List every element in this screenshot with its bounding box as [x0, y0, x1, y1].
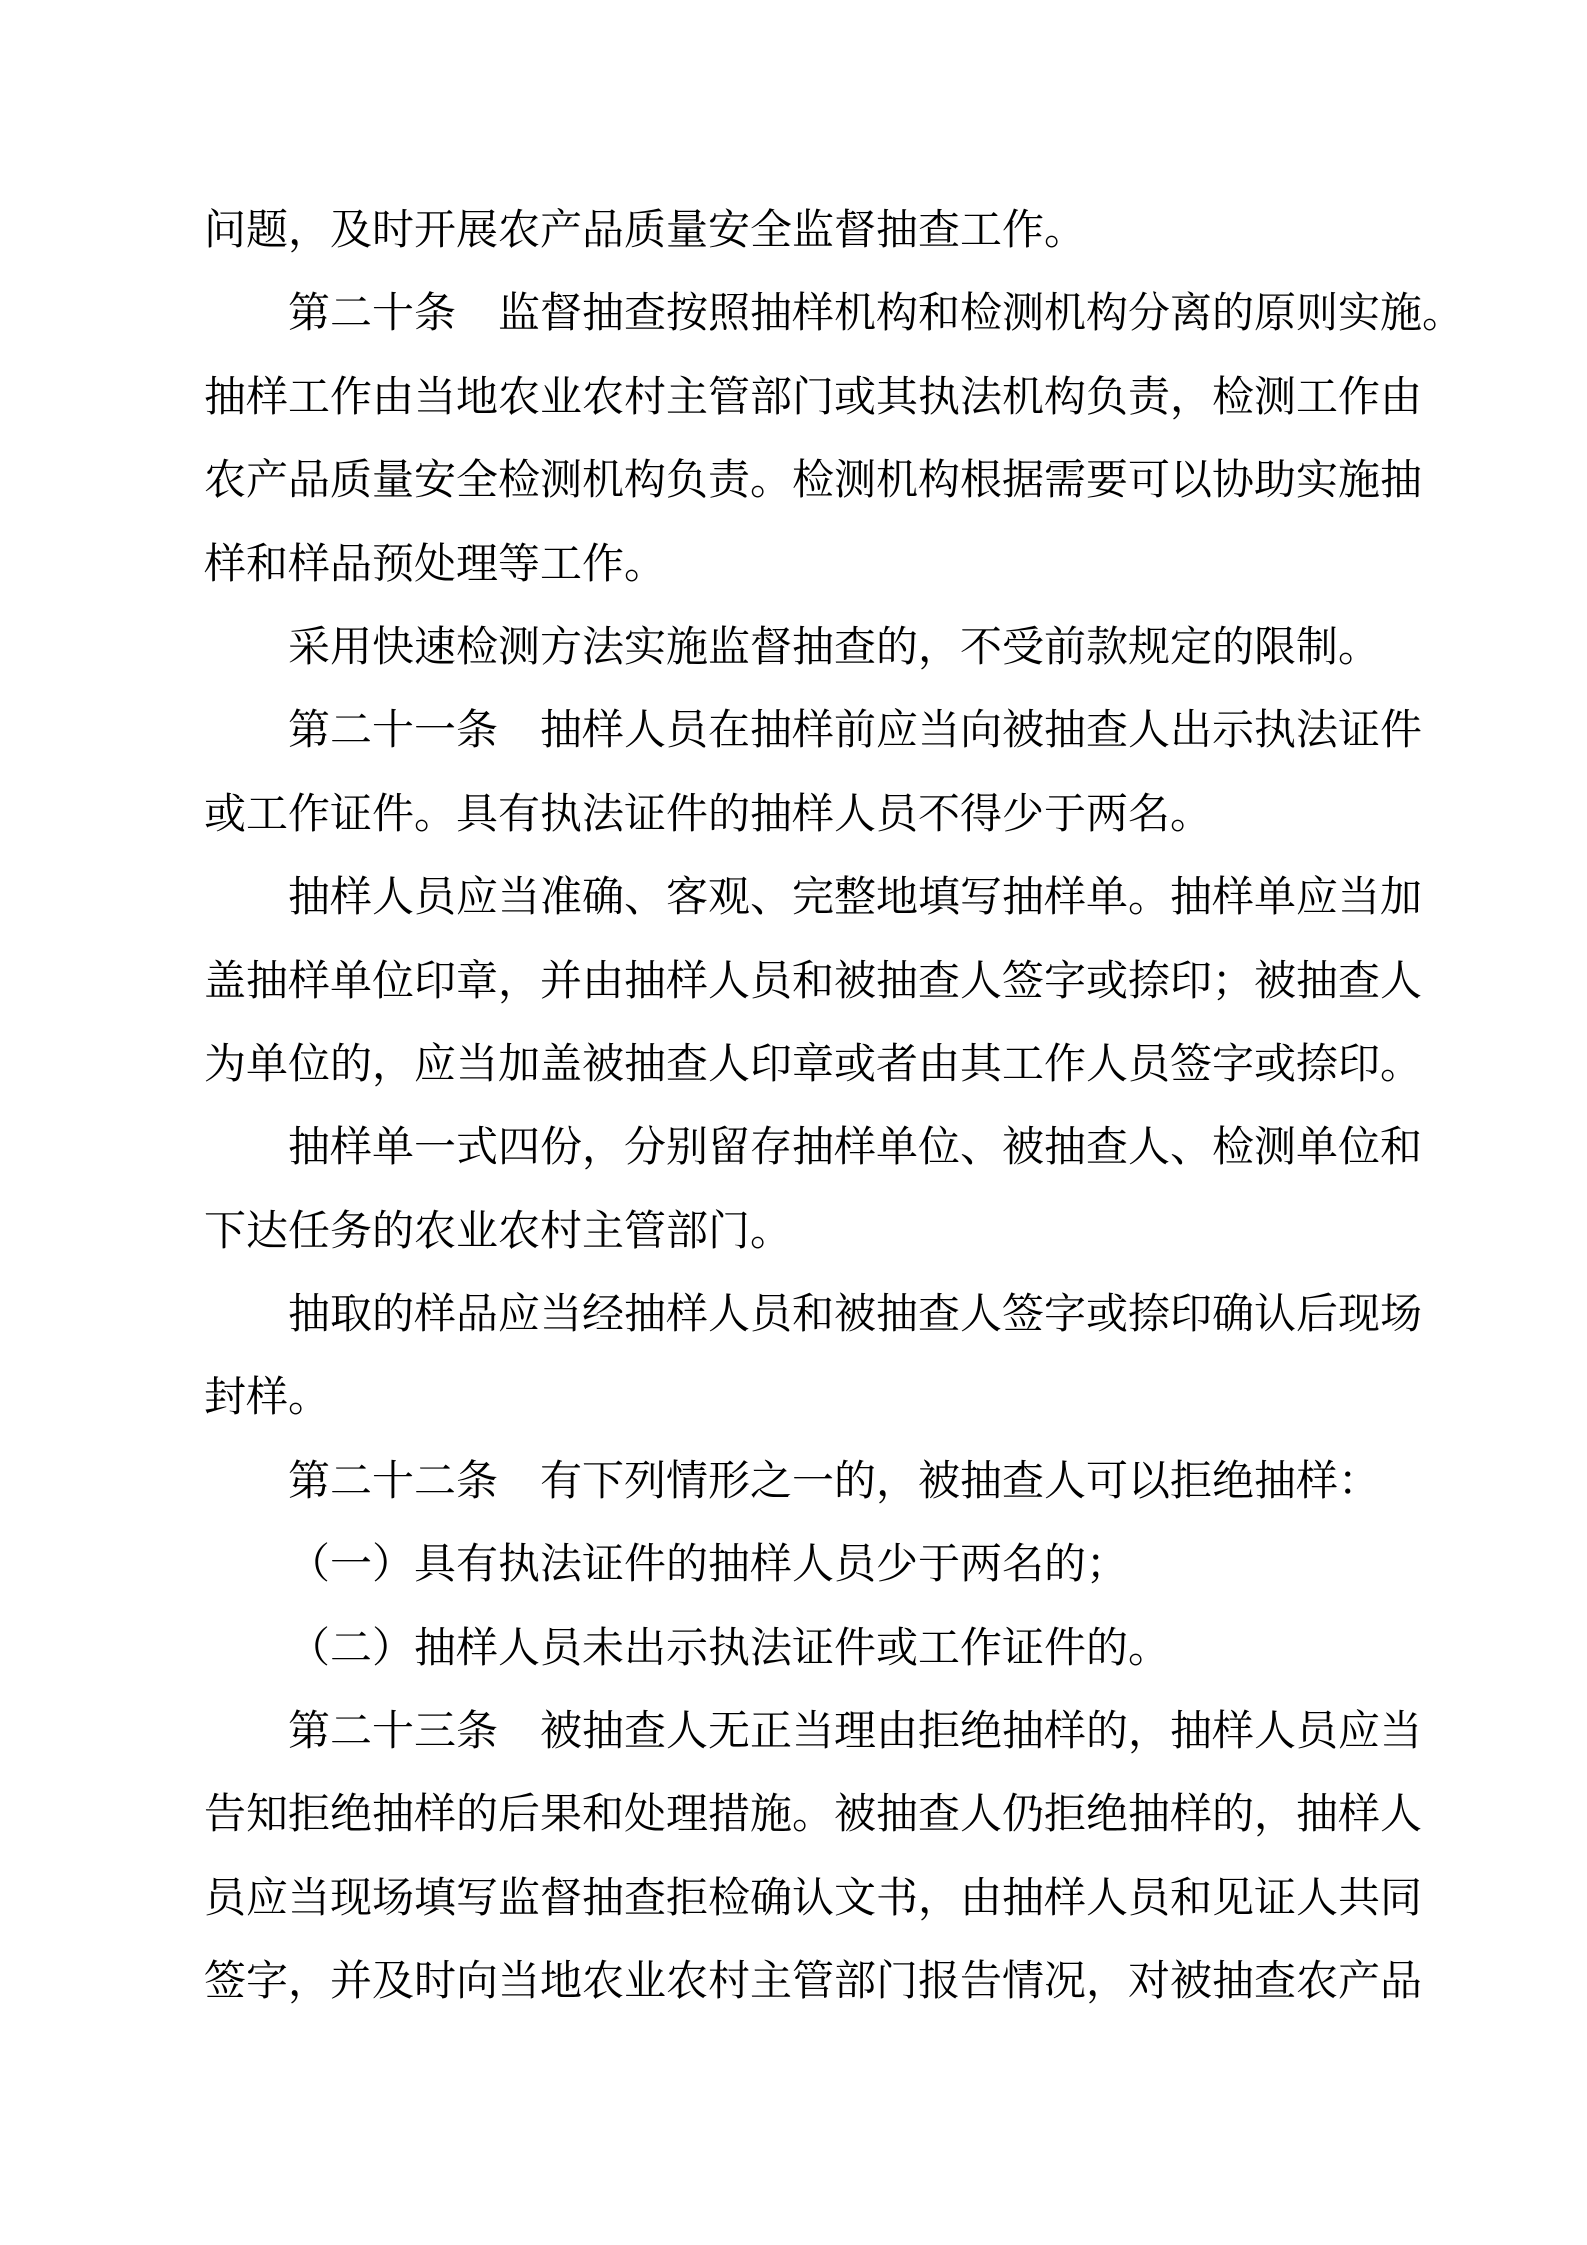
text-line: 第二十二条 有下列情形之一的，被抽查人可以拒绝抽样：	[204, 1441, 1464, 1524]
text-line: （二）抽样人员未出示执法证件或工作证件的。	[204, 1608, 1464, 1691]
paragraph: 第二十条 监督抽查按照抽样机构和检测机构分离的原则实施。抽样工作由当地农业农村主…	[204, 273, 1464, 607]
text-line: 下达任务的农业农村主管部门。	[204, 1191, 1464, 1274]
paragraph: 抽样人员应当准确、客观、完整地填写抽样单。抽样单应当加盖抽样单位印章，并由抽样人…	[204, 857, 1464, 1107]
text-line: 抽取的样品应当经抽样人员和被抽查人签字或捺印确认后现场	[204, 1274, 1464, 1357]
text-line: 样和样品预处理等工作。	[204, 524, 1464, 607]
text-line: 第二十条 监督抽查按照抽样机构和检测机构分离的原则实施。	[204, 273, 1464, 356]
text-line: 农产品质量安全检测机构负责。检测机构根据需要可以协助实施抽	[204, 440, 1464, 523]
text-line: 为单位的，应当加盖被抽查人印章或者由其工作人员签字或捺印。	[204, 1024, 1464, 1107]
paragraph: （二）抽样人员未出示执法证件或工作证件的。	[204, 1608, 1464, 1691]
paragraph: 抽样单一式四份，分别留存抽样单位、被抽查人、检测单位和下达任务的农业农村主管部门…	[204, 1107, 1464, 1274]
text-line: 采用快速检测方法实施监督抽查的，不受前款规定的限制。	[204, 607, 1464, 690]
paragraph: 第二十三条 被抽查人无正当理由拒绝抽样的，抽样人员应当告知拒绝抽样的后果和处理措…	[204, 1691, 1464, 2025]
paragraph: 采用快速检测方法实施监督抽查的，不受前款规定的限制。	[204, 607, 1464, 690]
paragraph: 第二十一条 抽样人员在抽样前应当向被抽查人出示执法证件或工作证件。具有执法证件的…	[204, 690, 1464, 857]
text-line: 告知拒绝抽样的后果和处理措施。被抽查人仍拒绝抽样的，抽样人	[204, 1774, 1464, 1857]
paragraph: 第二十二条 有下列情形之一的，被抽查人可以拒绝抽样：	[204, 1441, 1464, 1524]
text-line: 第二十一条 抽样人员在抽样前应当向被抽查人出示执法证件	[204, 690, 1464, 773]
paragraph: 抽取的样品应当经抽样人员和被抽查人签字或捺印确认后现场封样。	[204, 1274, 1464, 1441]
text-line: 抽样人员应当准确、客观、完整地填写抽样单。抽样单应当加	[204, 857, 1464, 940]
text-line: 员应当现场填写监督抽查拒检确认文书，由抽样人员和见证人共同	[204, 1858, 1464, 1941]
text-line: 问题，及时开展农产品质量安全监督抽查工作。	[204, 190, 1464, 273]
text-line: 封样。	[204, 1357, 1464, 1440]
text-line: （一）具有执法证件的抽样人员少于两名的；	[204, 1524, 1464, 1607]
text-line: 签字，并及时向当地农业农村主管部门报告情况，对被抽查农产品	[204, 1941, 1464, 2024]
text-line: 抽样单一式四份，分别留存抽样单位、被抽查人、检测单位和	[204, 1107, 1464, 1190]
text-line: 抽样工作由当地农业农村主管部门或其执法机构负责，检测工作由	[204, 357, 1464, 440]
text-line: 盖抽样单位印章，并由抽样人员和被抽查人签字或捺印；被抽查人	[204, 941, 1464, 1024]
text-line: 第二十三条 被抽查人无正当理由拒绝抽样的，抽样人员应当	[204, 1691, 1464, 1774]
paragraph: （一）具有执法证件的抽样人员少于两名的；	[204, 1524, 1464, 1607]
text-line: 或工作证件。具有执法证件的抽样人员不得少于两名。	[204, 774, 1464, 857]
document-body: 问题，及时开展农产品质量安全监督抽查工作。第二十条 监督抽查按照抽样机构和检测机…	[204, 190, 1464, 2025]
document-page: 问题，及时开展农产品质量安全监督抽查工作。第二十条 监督抽查按照抽样机构和检测机…	[0, 0, 1587, 2245]
paragraph: 问题，及时开展农产品质量安全监督抽查工作。	[204, 190, 1464, 273]
